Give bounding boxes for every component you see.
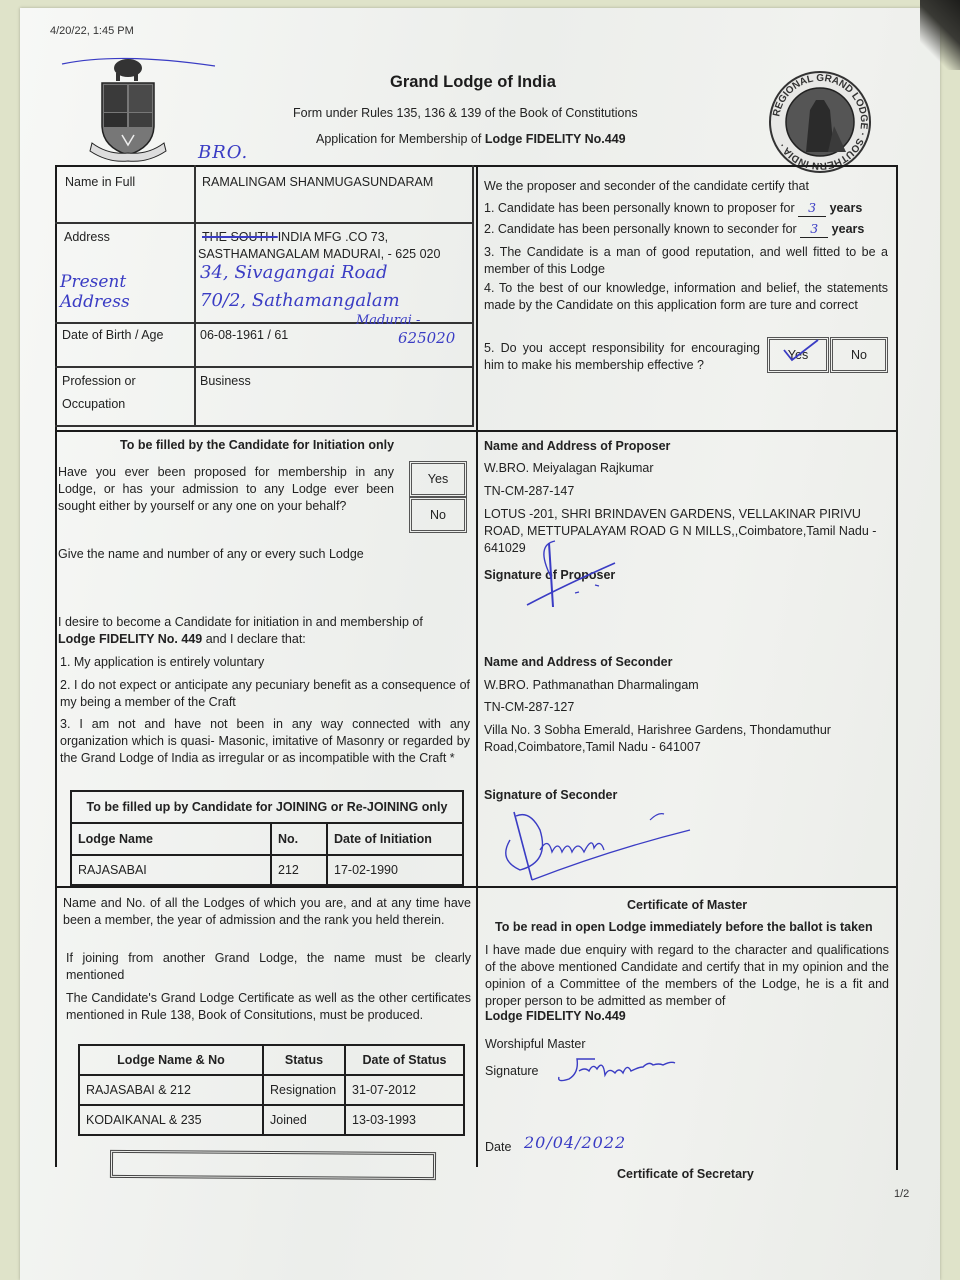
address-struck: THE SOUTH — [202, 230, 278, 244]
border-row2 — [55, 886, 898, 888]
address-line1-rest: INDIA MFG .CO 73, — [278, 230, 388, 244]
grand-lodge-crest-icon — [88, 55, 168, 165]
worshipful-master-label: Worshipful Master — [485, 1036, 586, 1053]
lodges-history-para1: Name and No. of all the Lodges of which … — [63, 895, 471, 929]
master-cert-heading: Certificate of Master — [627, 897, 747, 914]
seconder-signature — [500, 800, 700, 885]
master-cert-lodge: Lodge FIDELITY No.449 — [485, 1008, 626, 1025]
seconder-address: Villa No. 3 Sobha Emerald, Harishree Gar… — [484, 722, 884, 756]
handwritten-address-2: 70/2, Sathamangalam — [200, 290, 400, 312]
cell-number: 212 — [271, 855, 327, 885]
row-divider — [55, 222, 474, 224]
years-label: years — [832, 222, 865, 236]
lodges-history-para3: The Candidate's Grand Lodge Certificate … — [66, 990, 471, 1024]
handwritten-address-1: 34, Sivagangai Road — [200, 262, 388, 284]
declaration-1: 1. My application is entirely voluntary — [60, 654, 264, 671]
declaration-3: 3. I am not and have not been in any way… — [60, 716, 470, 767]
cell-date: 31-07-2012 — [345, 1075, 464, 1105]
master-signature-label: Signature — [485, 1063, 539, 1080]
lodges-history-para2: If joining from another Grand Lodge, the… — [66, 950, 471, 984]
declaration-2: 2. I do not expect or anticipate any pec… — [60, 677, 470, 711]
declaration-lodge-line: Lodge FIDELITY No. 449 and I declare tha… — [58, 631, 306, 648]
master-date-label: Date — [485, 1139, 511, 1156]
handwritten-present-address-label: Present Address — [60, 272, 180, 312]
cell-lodge: RAJASABAI & 212 — [79, 1075, 263, 1105]
cert-item2: 2. Candidate has been personally known t… — [484, 220, 864, 238]
border-right — [896, 165, 898, 1170]
cert-item3: 3. The Candidate is a man of good reputa… — [484, 244, 888, 278]
cert-item1: 1. Candidate has been personally known t… — [484, 199, 862, 217]
address-label: Address — [64, 229, 110, 246]
cert-item5: 5. Do you accept responsibility for enco… — [484, 340, 760, 374]
table-row: RAJASABAI 212 17-02-1990 — [71, 855, 463, 885]
application-prefix: Application for Membership of — [316, 132, 485, 146]
cert-intro: We the proposer and seconder of the cand… — [484, 178, 809, 195]
application-lodge: Lodge FIDELITY No.449 — [485, 132, 626, 146]
cert-no-checkbox[interactable]: No — [830, 337, 888, 373]
cell-lodge-name: RAJASABAI — [71, 855, 271, 885]
profession-label-1: Profession or — [62, 373, 136, 390]
cell-date: 17-02-1990 — [327, 855, 463, 885]
col-lodge-name: Lodge Name — [71, 823, 271, 855]
declaration-suffix: and I declare that: — [202, 632, 306, 646]
col-status: Status — [263, 1045, 345, 1075]
col-number: No. — [271, 823, 327, 855]
dob-value: 06-08-1961 / 61 — [200, 327, 288, 344]
master-date-value: 20/04/2022 — [524, 1133, 626, 1152]
cell-date: 13-03-1993 — [345, 1105, 464, 1135]
cell-status: Resignation — [263, 1075, 345, 1105]
declaration-intro: I desire to become a Candidate for initi… — [58, 614, 470, 631]
seconder-id: TN-CM-287-127 — [484, 699, 574, 716]
page-number: 1/2 — [894, 1188, 909, 1200]
initiation-no-checkbox[interactable]: No — [409, 497, 467, 533]
proposer-name: W.BRO. Meiyalagan Rajkumar — [484, 460, 654, 477]
cell-lodge: KODAIKANAL & 235 — [79, 1105, 263, 1135]
master-signature — [555, 1053, 715, 1085]
handwritten-bro: BRO. — [198, 142, 248, 163]
declaration-lodge: Lodge FIDELITY No. 449 — [58, 632, 202, 646]
proposer-heading: Name and Address of Proposer — [484, 438, 670, 455]
cert-item4: 4. To the best of our knowledge, informa… — [484, 280, 888, 314]
lodges-history-table: Lodge Name & No Status Date of Status RA… — [78, 1044, 465, 1136]
empty-signature-box[interactable] — [110, 1150, 436, 1180]
col-date-status: Date of Status — [345, 1045, 464, 1075]
initiation-yes-checkbox[interactable]: Yes — [409, 461, 467, 497]
document-title: Grand Lodge of India — [390, 73, 556, 92]
proposer-years: 3 — [798, 199, 826, 217]
secretary-cert-heading: Certificate of Secretary — [617, 1166, 754, 1183]
document-subtitle: Form under Rules 135, 136 & 139 of the B… — [293, 106, 638, 120]
master-cert-body: I have made due enquiry with regard to t… — [485, 942, 889, 1010]
row-divider — [55, 366, 474, 368]
candidate-right-border — [472, 165, 474, 427]
profession-label-2: Occupation — [62, 396, 125, 413]
table-row: RAJASABAI & 212 Resignation 31-07-2012 — [79, 1075, 464, 1105]
initiation-yes-label: Yes — [428, 472, 448, 486]
initiation-no-label: No — [430, 508, 446, 522]
initiation-question: Have you ever been proposed for membersh… — [58, 464, 394, 515]
proposer-id: TN-CM-287-147 — [484, 483, 574, 500]
table-row: KODAIKANAL & 235 Joined 13-03-1993 — [79, 1105, 464, 1135]
joining-table: To be filled up by Candidate for JOINING… — [70, 790, 464, 886]
master-cert-subheading: To be read in open Lodge immediately bef… — [495, 919, 873, 936]
seconder-name: W.BRO. Pathmanathan Dharmalingam — [484, 677, 699, 694]
initiation-heading: To be filled by the Candidate for Initia… — [120, 437, 394, 454]
cert-no-label: No — [851, 348, 867, 362]
application-line: Application for Membership of Lodge FIDE… — [316, 132, 626, 146]
address-line1: THE SOUTH INDIA MFG .CO 73, — [202, 229, 388, 246]
col-lodge-name-no: Lodge Name & No — [79, 1045, 263, 1075]
address-line2: SASTHAMANGALAM MADURAI, - 625 020 — [198, 246, 440, 263]
border-row1 — [55, 430, 898, 432]
print-timestamp: 4/20/22, 1:45 PM — [50, 25, 134, 37]
border-middle — [476, 165, 478, 1167]
joining-table-heading: To be filled up by Candidate for JOINING… — [71, 791, 463, 823]
cell-status: Joined — [263, 1105, 345, 1135]
handwritten-address-4: 625020 — [398, 329, 455, 347]
row-divider — [55, 425, 474, 427]
page-corner-shadow — [920, 0, 960, 70]
border-left — [55, 165, 57, 1167]
proposer-signature — [525, 535, 645, 615]
cert-item1-text: 1. Candidate has been personally known t… — [484, 201, 795, 215]
col-date-initiation: Date of Initiation — [327, 823, 463, 855]
seconder-heading: Name and Address of Seconder — [484, 654, 672, 671]
seconder-years: 3 — [800, 220, 828, 238]
cert-item2-text: 2. Candidate has been personally known t… — [484, 222, 797, 236]
candidate-col-divider — [194, 165, 196, 427]
dob-label: Date of Birth / Age — [62, 327, 163, 344]
years-label: years — [830, 201, 863, 215]
profession-value: Business — [200, 373, 251, 390]
name-label: Name in Full — [65, 174, 135, 191]
handwritten-address-3: Madurai - — [356, 313, 420, 328]
regional-grand-lodge-southern-india-seal-icon: REGIONAL GRAND LODGE · SOUTHERN INDIA · — [768, 70, 872, 174]
name-value: RAMALINGAM SHANMUGASUNDARAM — [202, 174, 433, 191]
checkmark-icon — [782, 336, 822, 364]
give-lodge-name: Give the name and number of any or every… — [58, 546, 364, 563]
